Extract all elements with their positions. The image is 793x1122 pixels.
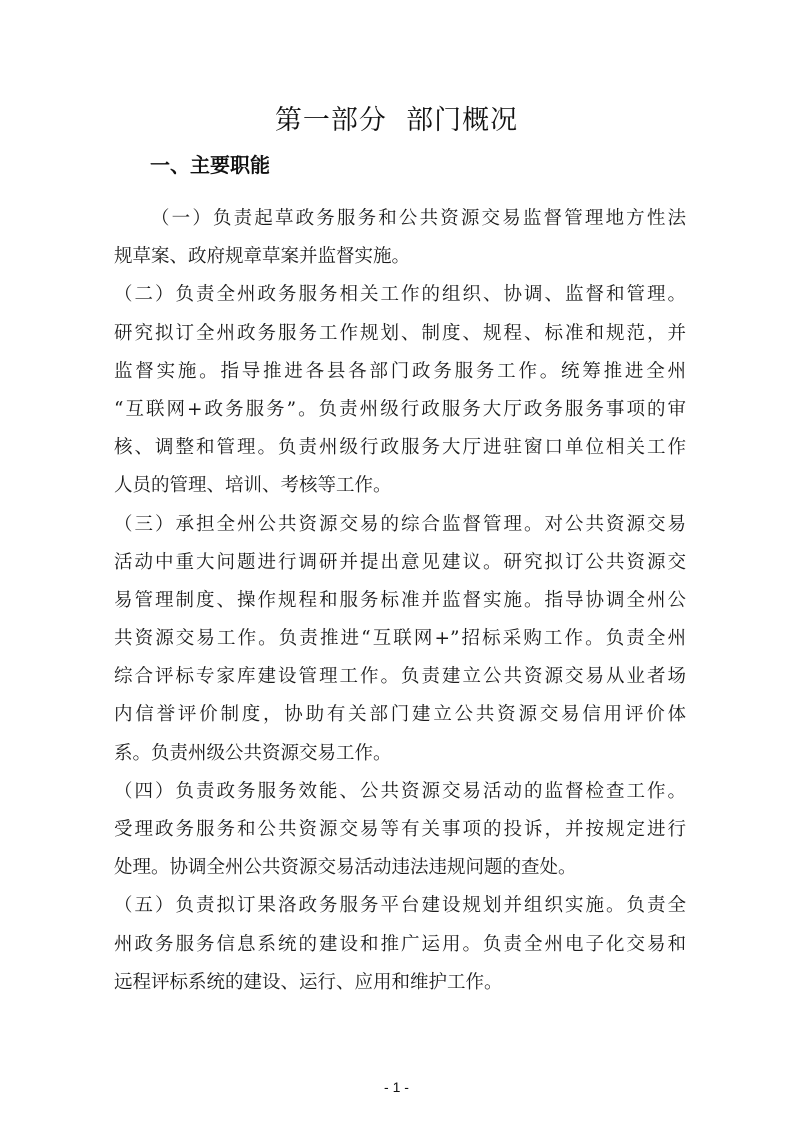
text-line: （三）承担全州公共资源交易的综合监督管理。对公共资源交易 [114,506,686,544]
text-line: 核、调整和管理。负责州级行政服务大厅进驻窗口单位相关工作 [114,429,686,467]
text-line: 综合评标专家库建设管理工作。负责建立公共资源交易从业者场 [114,658,686,696]
paragraph-item-2: （二）负责全州政务服务相关工作的组织、协调、监督和管理。 研究拟订全州政务服务工… [114,276,686,505]
text-line: 共资源交易工作。负责推进“互联网+”招标采购工作。负责全州 [114,620,686,658]
paragraph-item-3: （三）承担全州公共资源交易的综合监督管理。对公共资源交易 活动中重大问题进行调研… [114,506,686,773]
page-number: - 1 - [0,1079,793,1095]
text-line: 受理政务服务和公共资源交易等有关事项的投诉，并按规定进行 [114,811,686,849]
text-line: 研究拟订全州政务服务工作规划、制度、规程、标准和规范，并 [114,315,686,353]
text-line: 内信誉评价制度，协助有关部门建立公共资源交易信用评价体 [114,696,686,734]
text-line: 系。负责州级公共资源交易工作。 [114,735,686,773]
paragraph-item-5: （五）负责拟订果洛政务服务平台建设规划并组织实施。负责全 州政务服务信息系统的建… [114,887,686,1002]
document-page: 第一部分 部门概况 一、主要职能 （一）负责起草政务服务和公共资源交易监督管理地… [0,0,793,1122]
paragraph-item-4: （四）负责政务服务效能、公共资源交易活动的监督检查工作。 受理政务服务和公共资源… [114,773,686,888]
body-text: （一）负责起草政务服务和公共资源交易监督管理地方性法 规草案、政府规章草案并监督… [114,200,686,1002]
text-line: “互联网+政务服务”。负责州级行政服务大厅政务服务事项的审 [114,391,686,429]
text-line: （二）负责全州政务服务相关工作的组织、协调、监督和管理。 [114,276,686,314]
page-title: 第一部分 部门概况 [0,98,793,137]
paragraph-item-1: （一）负责起草政务服务和公共资源交易监督管理地方性法 规草案、政府规章草案并监督… [114,200,686,276]
text-line: 处理。协调全州公共资源交易活动违法违规问题的查处。 [114,849,686,887]
text-line: （四）负责政务服务效能、公共资源交易活动的监督检查工作。 [114,773,686,811]
text-line: （五）负责拟订果洛政务服务平台建设规划并组织实施。负责全 [114,887,686,925]
text-line: 州政务服务信息系统的建设和推广运用。负责全州电子化交易和 [114,926,686,964]
text-line: 规草案、政府规章草案并监督实施。 [114,238,686,276]
section-heading: 一、主要职能 [150,149,270,178]
text-line: 易管理制度、操作规程和服务标准并监督实施。指导协调全州公 [114,582,686,620]
text-line: 活动中重大问题进行调研并提出意见建议。研究拟订公共资源交 [114,544,686,582]
text-line: 远程评标系统的建设、运行、应用和维护工作。 [114,964,686,1002]
text-line: （一）负责起草政务服务和公共资源交易监督管理地方性法 [114,200,686,238]
text-line: 监督实施。指导推进各县各部门政务服务工作。统筹推进全州 [114,353,686,391]
text-line: 人员的管理、培训、考核等工作。 [114,467,686,505]
